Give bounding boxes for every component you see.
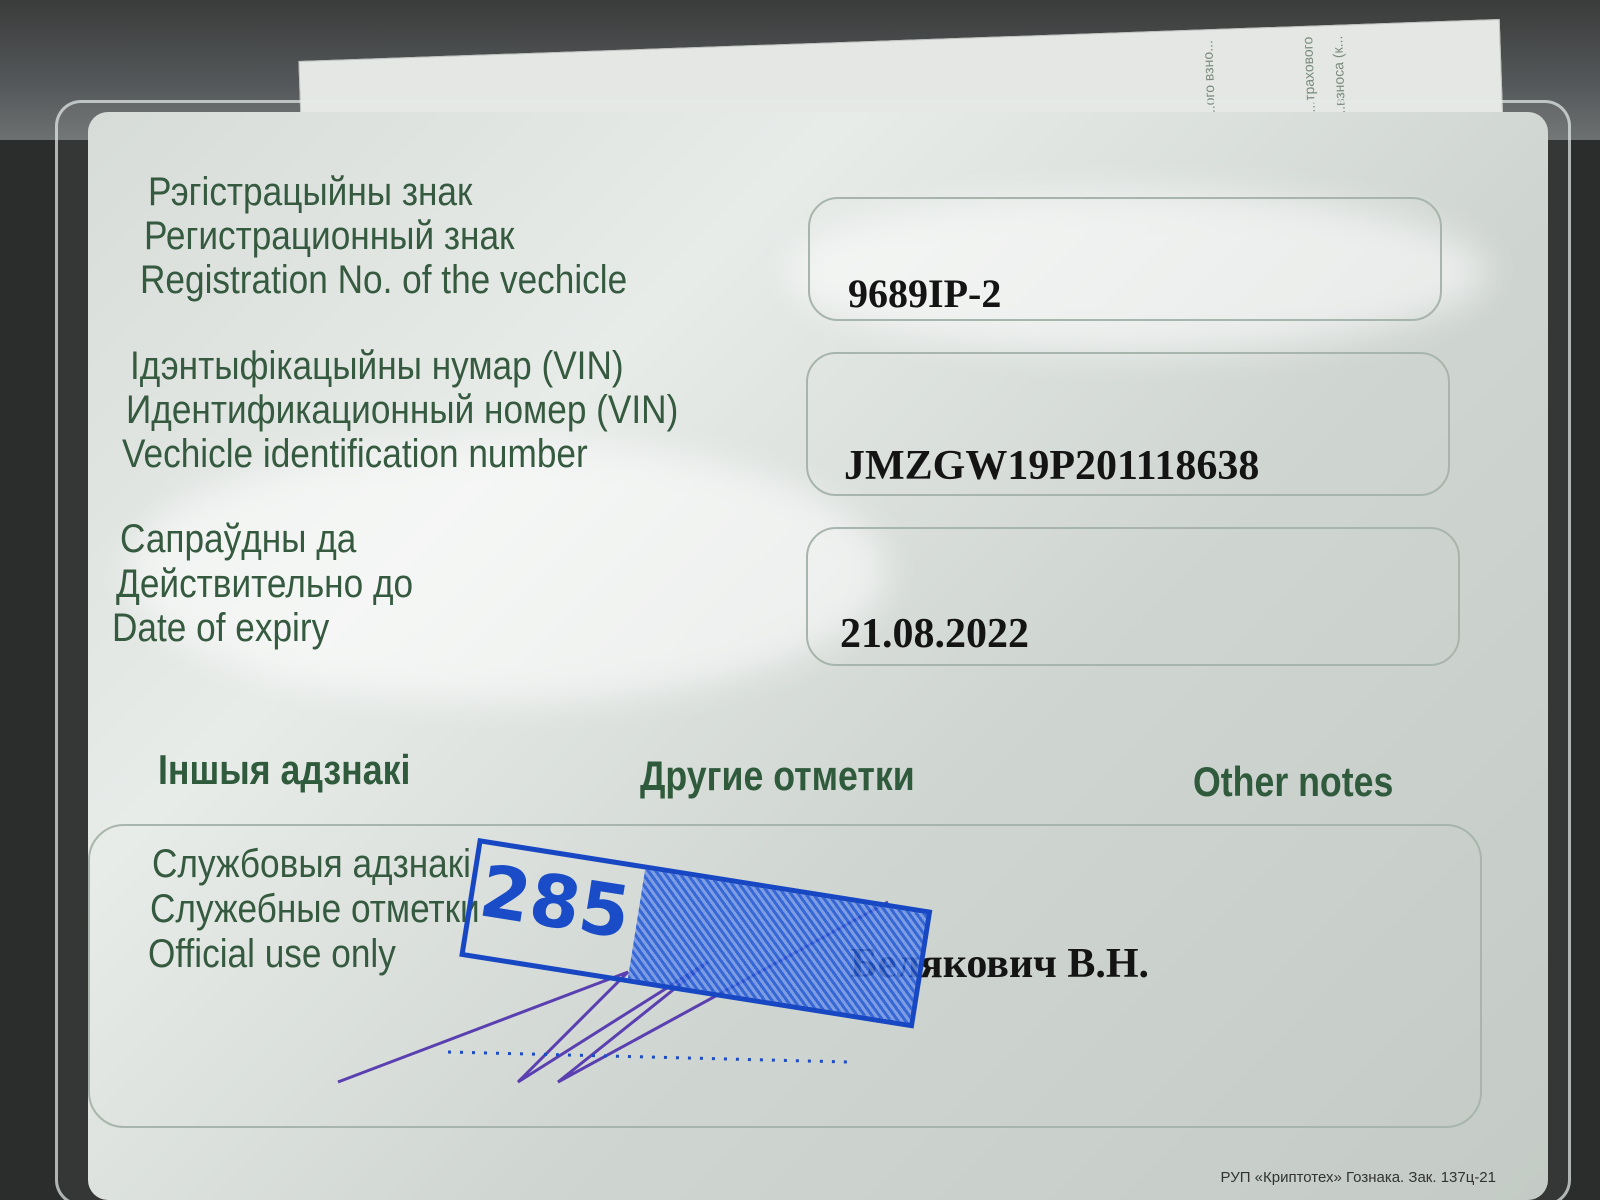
expiry-date: 21.08.2022 [840,610,1029,658]
expiry-label-en: Date of expiry [112,606,329,650]
registration-number: 9689IP-2 [848,270,1001,317]
registration-card: Рэгістрацыйны знак Регистрационный знак … [88,112,1548,1200]
reg-label-be: Рэгістрацыйны знак [148,170,472,214]
notes-heading-ru: Другие отметки [640,752,915,800]
stamp-number: 285 [474,849,636,955]
printer-imprint: РУП «Криптотех» Гознака. Зак. 137ц-21 [1221,1169,1496,1186]
reg-label-en: Registration No. of the vechicle [140,258,627,302]
notes-heading-en: Other notes [1193,758,1393,806]
vin-label-be: Ідэнтыфікацыйны нумар (VIN) [130,344,624,388]
reg-label-ru: Регистрационный знак [144,214,514,258]
expiry-label-be: Сапраўдны да [120,517,356,561]
expiry-label-ru: Действительно до [116,562,413,606]
vin-label-ru: Идентификационный номер (VIN) [126,388,678,432]
vin-number: JMZGW19P201118638 [844,442,1259,490]
notes-heading-be: Іншыя адзнакі [158,746,410,794]
vin-label-en: Vechicle identification number [122,432,588,476]
